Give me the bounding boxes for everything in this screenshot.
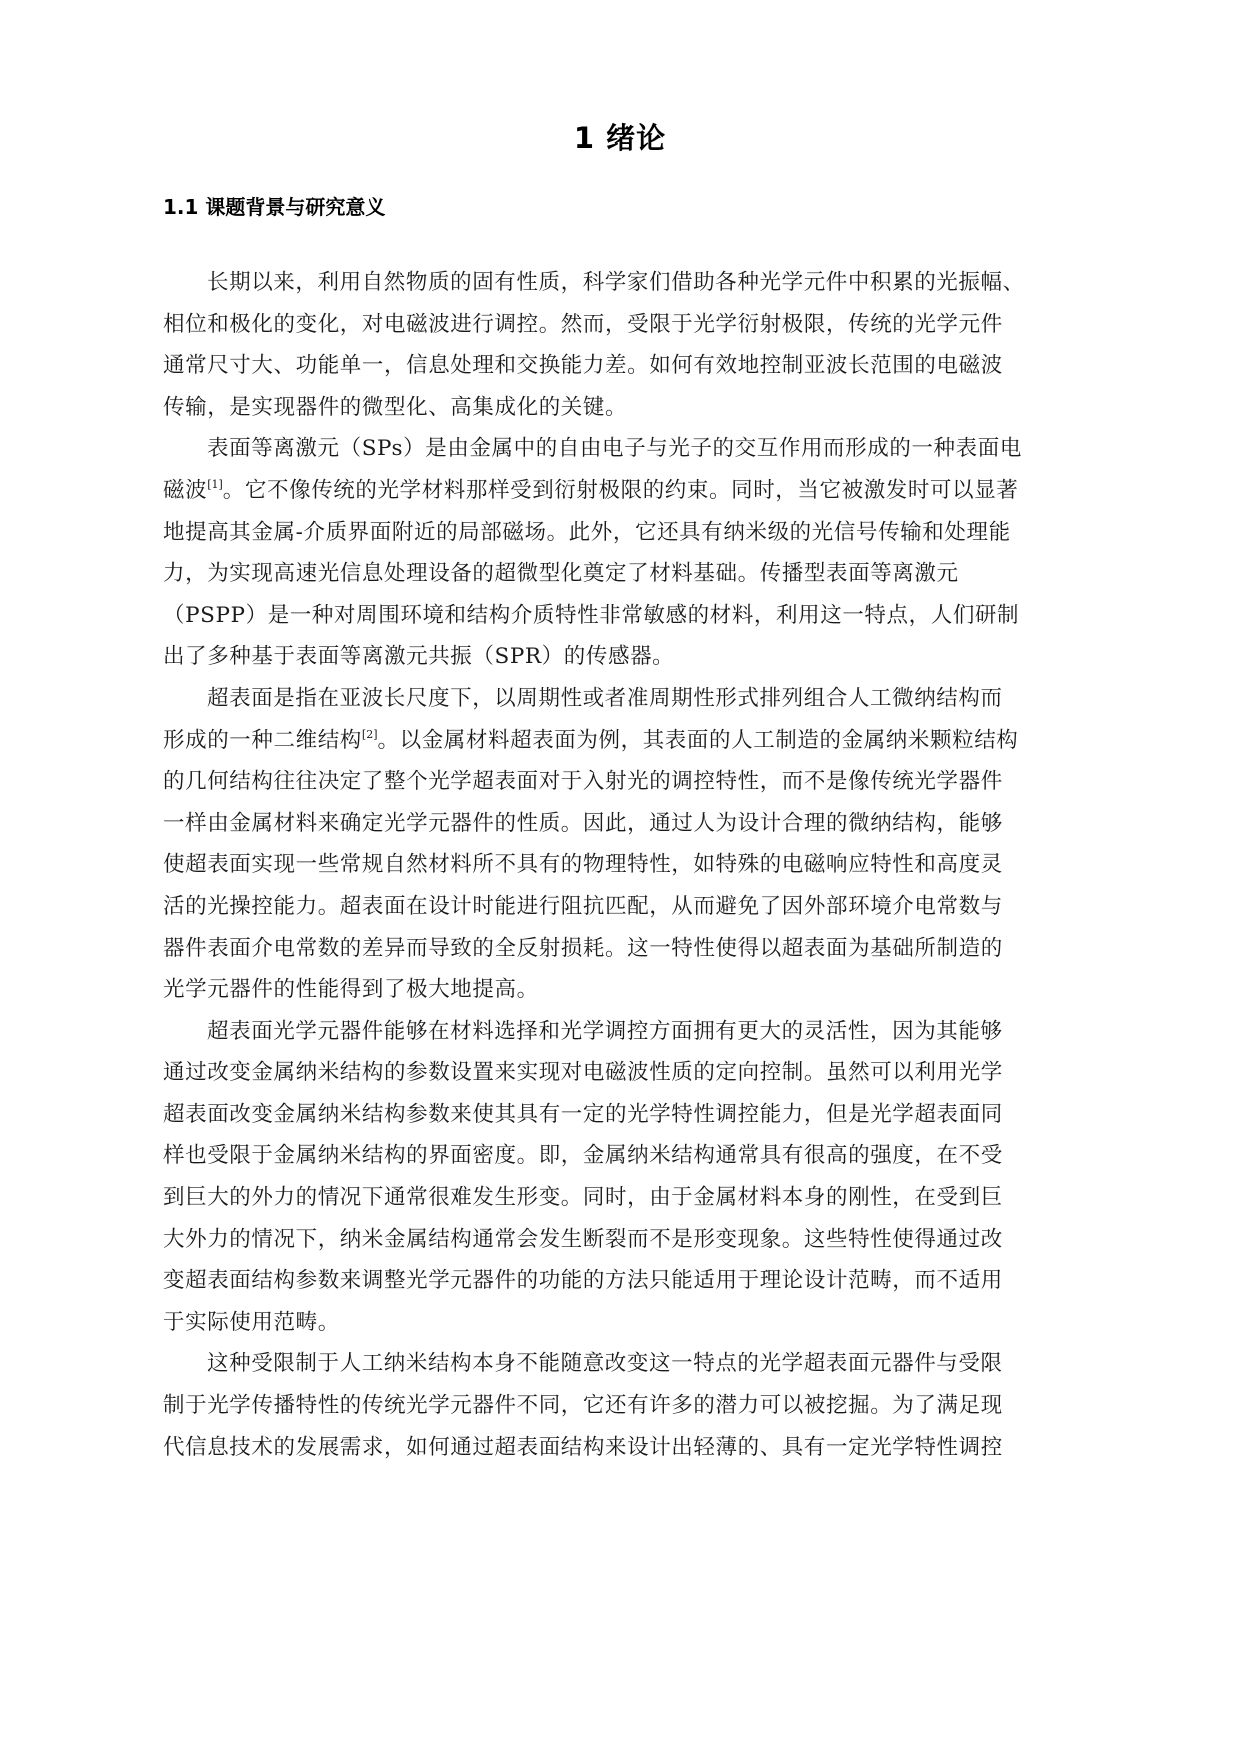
- paragraph-4: 超表面光学元器件能够在材料选择和光学调控方面拥有更大的灵活性，因为其能够 通过改…: [163, 1011, 1098, 1344]
- citation-ref-2[interactable]: [2]: [362, 728, 378, 741]
- text-line: 长期以来，利用自然物质的固有性质，科学家们借助各种光学元件中积累的光振幅、: [163, 262, 1098, 304]
- text-line: 出了多种基于表面等离激元共振（SPR）的传感器。: [163, 636, 1098, 678]
- text-line: 使超表面实现一些常规自然材料所不具有的物理特性，如特殊的电磁响应特性和高度灵: [163, 844, 1098, 886]
- text-span: 形成的一种二维结构: [163, 728, 362, 753]
- citation-ref-1[interactable]: [1]: [207, 478, 223, 491]
- paragraph-2: 表面等离激元（SPs）是由金属中的自由电子与光子的交互作用而形成的一种表面电 磁…: [163, 428, 1098, 678]
- chapter-title: 1 绪论: [0, 118, 1240, 158]
- text-line: 制于光学传播特性的传统光学元器件不同，它还有许多的潜力可以被挖掘。为了满足现: [163, 1385, 1098, 1427]
- text-line: 通常尺寸大、功能单一，信息处理和交换能力差。如何有效地控制亚波长范围的电磁波: [163, 345, 1098, 387]
- text-line: 地提高其金属-介质界面附近的局部磁场。此外，它还具有纳米级的光信号传输和处理能: [163, 512, 1098, 554]
- text-line: 超表面是指在亚波长尺度下，以周期性或者准周期性形式排列组合人工微纳结构而: [163, 678, 1098, 720]
- text-line: 超表面光学元器件能够在材料选择和光学调控方面拥有更大的灵活性，因为其能够: [163, 1011, 1098, 1053]
- text-line: 代信息技术的发展需求，如何通过超表面结构来设计出轻薄的、具有一定光学特性调控: [163, 1427, 1098, 1469]
- section-title: 1.1 课题背景与研究意义: [163, 193, 385, 221]
- text-span: 。它不像传统的光学材料那样受到衍射极限的约束。同时，当它被激发时可以显著: [223, 478, 1019, 503]
- text-line: 于实际使用范畴。: [163, 1302, 1098, 1344]
- text-line: 力，为实现高速光信息处理设备的超微型化奠定了材料基础。传播型表面等离激元: [163, 553, 1098, 595]
- text-line: 一样由金属材料来确定光学元器件的性质。因此，通过人为设计合理的微纳结构，能够: [163, 803, 1098, 845]
- text-line: 到巨大的外力的情况下通常很难发生形变。同时，由于金属材料本身的刚性，在受到巨: [163, 1177, 1098, 1219]
- text-line: 表面等离激元（SPs）是由金属中的自由电子与光子的交互作用而形成的一种表面电: [163, 428, 1098, 470]
- text-line: 这种受限制于人工纳米结构本身不能随意改变这一特点的光学超表面元器件与受限: [163, 1343, 1098, 1385]
- text-line: （PSPP）是一种对周围环境和结构介质特性非常敏感的材料，利用这一特点，人们研制: [163, 595, 1098, 637]
- text-span: 。以金属材料超表面为例，其表面的人工制造的金属纳米颗粒结构: [378, 728, 1019, 753]
- text-line: 相位和极化的变化，对电磁波进行调控。然而，受限于光学衍射极限，传统的光学元件: [163, 304, 1098, 346]
- paragraph-5: 这种受限制于人工纳米结构本身不能随意改变这一特点的光学超表面元器件与受限 制于光…: [163, 1343, 1098, 1468]
- text-line: 变超表面结构参数来调整光学元器件的功能的方法只能适用于理论设计范畴，而不适用: [163, 1260, 1098, 1302]
- text-line: 的几何结构往往决定了整个光学超表面对于入射光的调控特性，而不是像传统光学器件: [163, 761, 1098, 803]
- text-line: 光学元器件的性能得到了极大地提高。: [163, 969, 1098, 1011]
- paragraph-3: 超表面是指在亚波长尺度下，以周期性或者准周期性形式排列组合人工微纳结构而 形成的…: [163, 678, 1098, 1011]
- text-line: 样也受限于金属纳米结构的界面密度。即，金属纳米结构通常具有很高的强度，在不受: [163, 1135, 1098, 1177]
- body-text: 长期以来，利用自然物质的固有性质，科学家们借助各种光学元件中积累的光振幅、 相位…: [163, 262, 1098, 1468]
- text-line: 大外力的情况下，纳米金属结构通常会发生断裂而不是形变现象。这些特性使得通过改: [163, 1219, 1098, 1261]
- text-line: 传输，是实现器件的微型化、高集成化的关键。: [163, 387, 1098, 429]
- text-line: 超表面改变金属纳米结构参数来使其具有一定的光学特性调控能力，但是光学超表面同: [163, 1094, 1098, 1136]
- document-page: 1 绪论 1.1 课题背景与研究意义 长期以来，利用自然物质的固有性质，科学家们…: [0, 0, 1240, 1754]
- text-line: 通过改变金属纳米结构的参数设置来实现对电磁波性质的定向控制。虽然可以利用光学: [163, 1052, 1098, 1094]
- text-line: 器件表面介电常数的差异而导致的全反射损耗。这一特性使得以超表面为基础所制造的: [163, 928, 1098, 970]
- text-span: 磁波: [163, 478, 207, 503]
- text-line: 磁波[1]。它不像传统的光学材料那样受到衍射极限的约束。同时，当它被激发时可以显…: [163, 470, 1098, 512]
- text-line: 活的光操控能力。超表面在设计时能进行阻抗匹配，从而避免了因外部环境介电常数与: [163, 886, 1098, 928]
- text-line: 形成的一种二维结构[2]。以金属材料超表面为例，其表面的人工制造的金属纳米颗粒结…: [163, 720, 1098, 762]
- paragraph-1: 长期以来，利用自然物质的固有性质，科学家们借助各种光学元件中积累的光振幅、 相位…: [163, 262, 1098, 428]
